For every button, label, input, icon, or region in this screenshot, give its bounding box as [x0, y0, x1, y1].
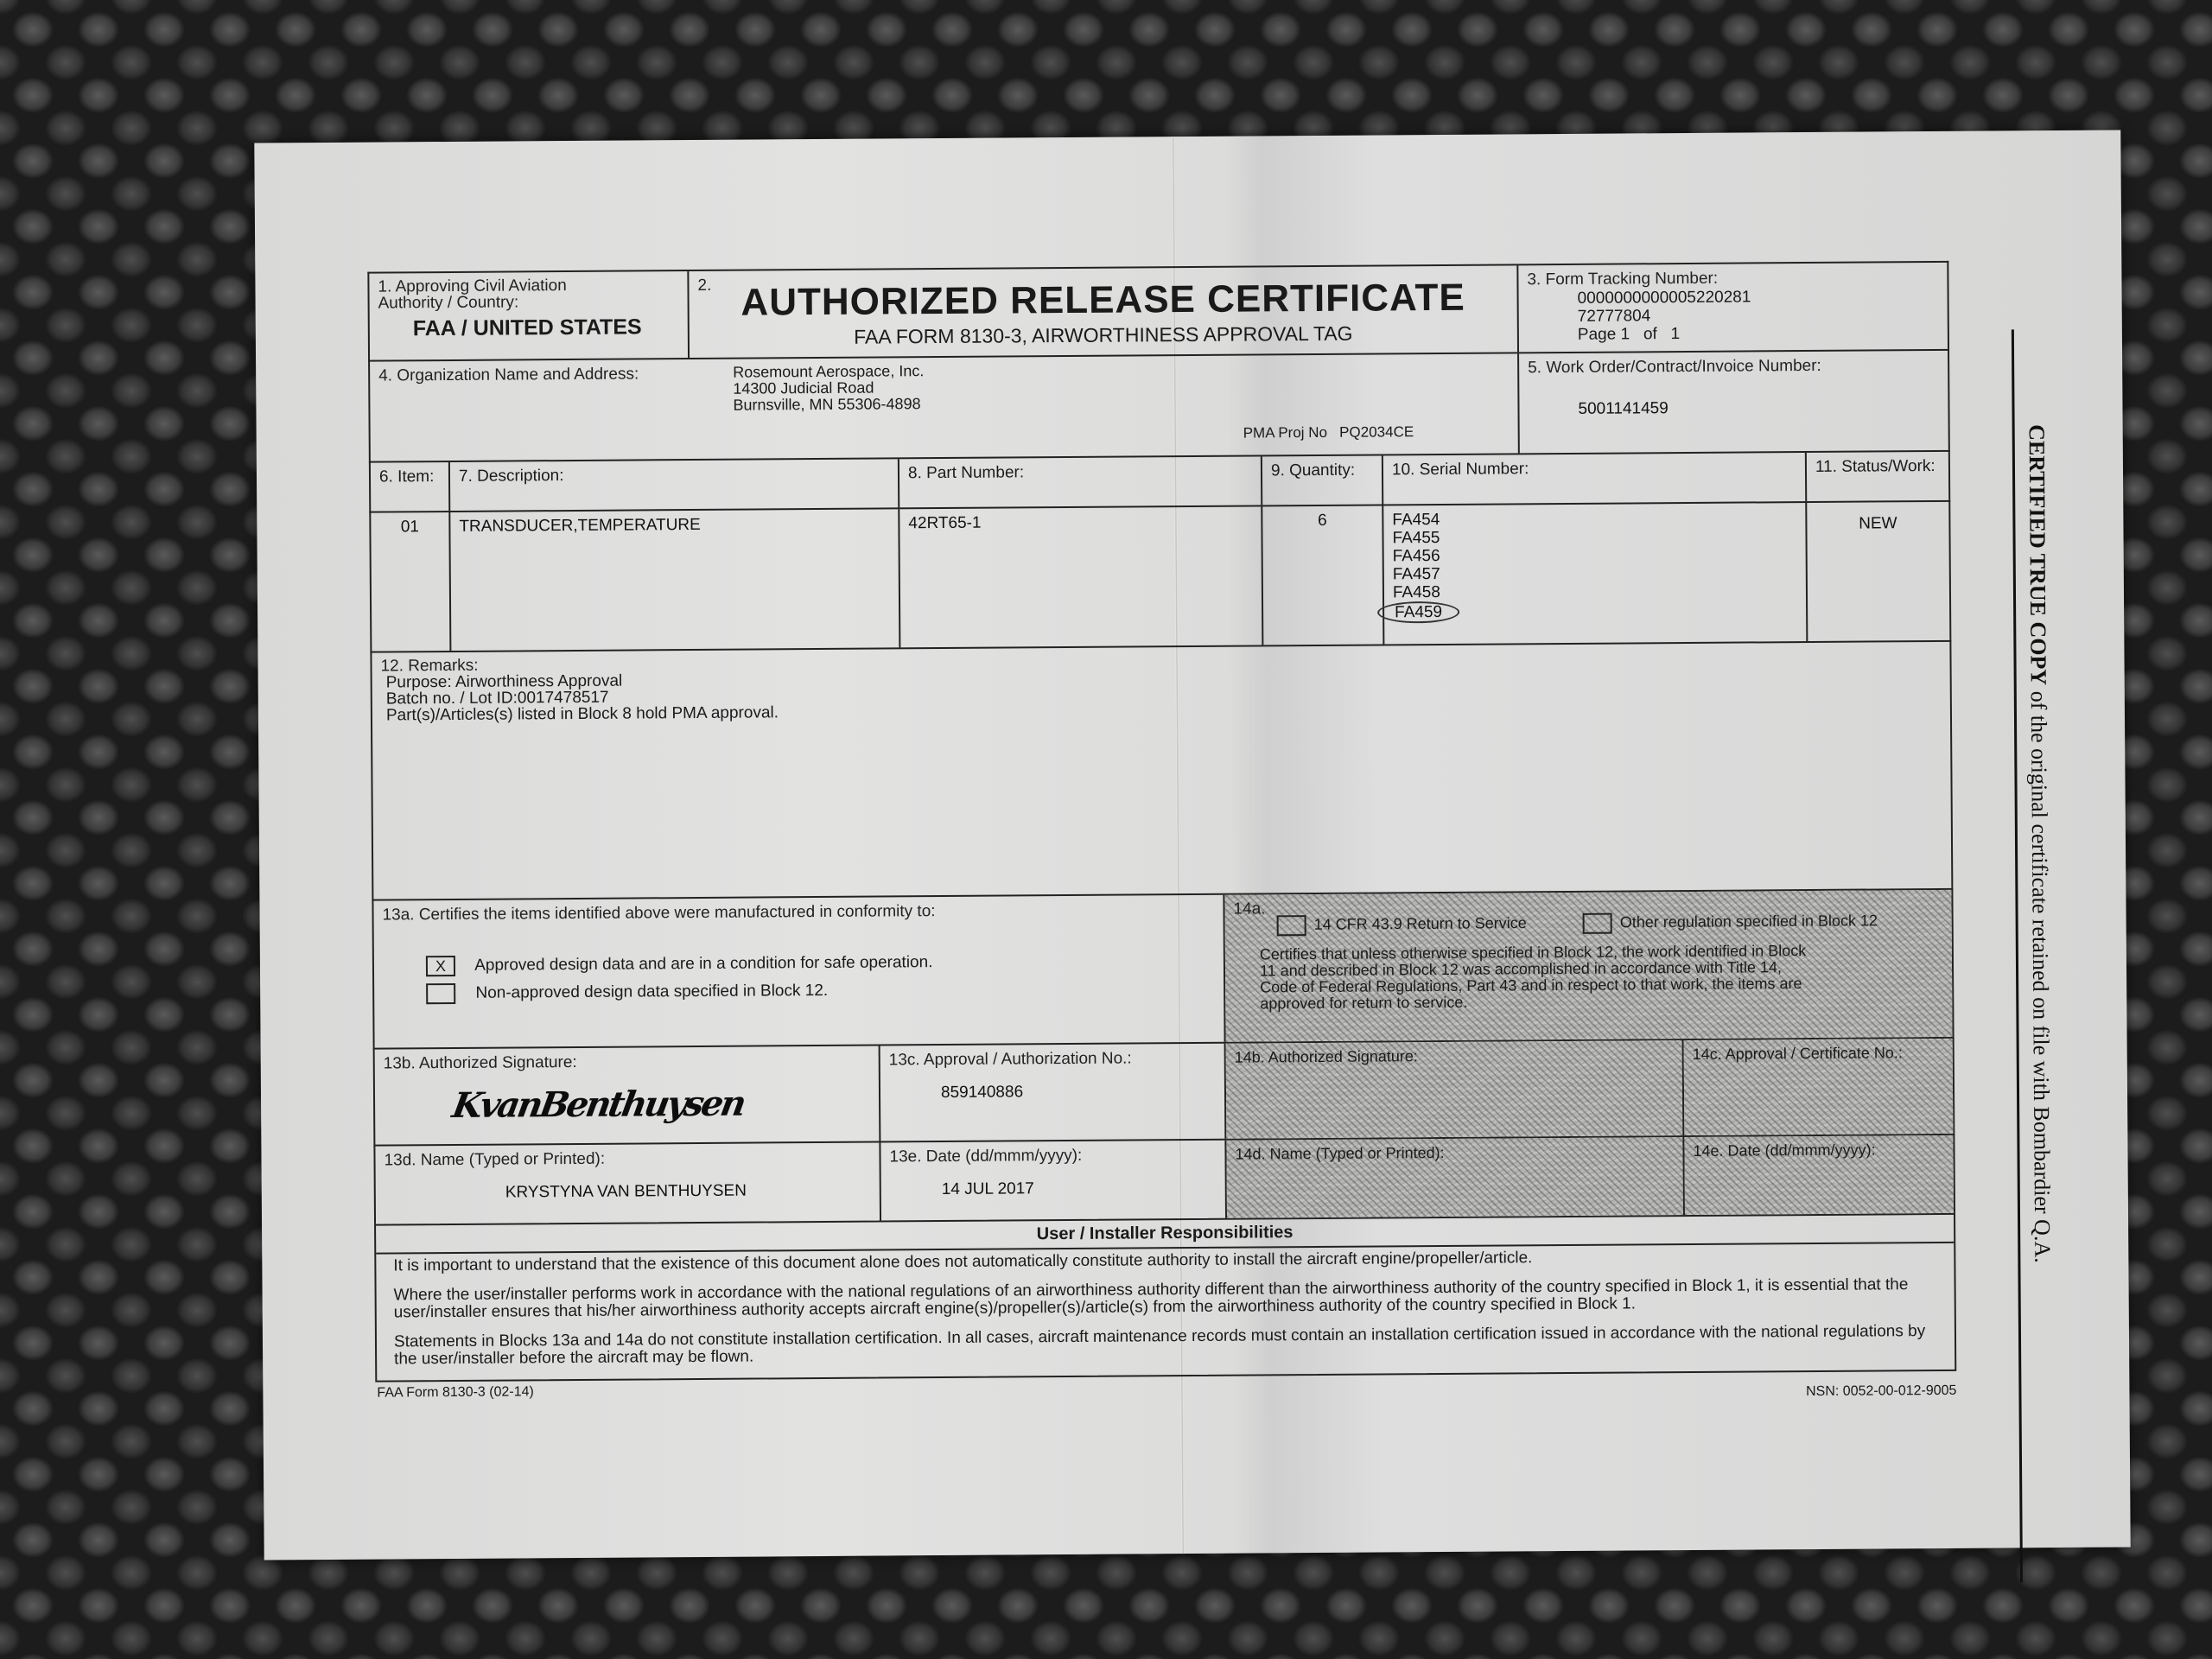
block-3: 3. Form Tracking Number: 000000000000522… [1518, 263, 1948, 352]
authorized-signature: KvanBenthuysen [449, 1084, 747, 1126]
nsn-number: NSN: 0052-00-012-9005 [1806, 1383, 1956, 1400]
block-2: 2. AUTHORIZED RELEASE CERTIFICATE FAA FO… [689, 265, 1519, 358]
block-1-label: 1. Approving Civil Aviation Authority / … [378, 277, 585, 312]
organization-city: Burnsville, MN 55306-4898 [733, 396, 924, 414]
block-14a: 14a. 14 CFR 43.9 Return to Service Other… [1224, 890, 1952, 1042]
header-serial-number: 10. Serial Number: [1383, 453, 1807, 504]
responsibility-paragraph: Where the user/installer performs work i… [394, 1276, 1937, 1321]
block-14c: 14c. Approval / Certificate No.: [1684, 1039, 1954, 1135]
block-13a: 13a. Certifies the items identified abov… [373, 895, 1225, 1048]
return-to-service-checkbox[interactable] [1277, 915, 1306, 936]
signer-name: KRYSTYNA VAN BENTHUYSEN [505, 1181, 871, 1203]
user-installer-responsibilities: User / Installer Responsibilities It is … [374, 1213, 1956, 1382]
block-4: 4. Organization Name and Address: Rosemo… [370, 353, 1520, 461]
secondary-tracking-number: 72777804 [1578, 305, 1939, 326]
organization-name: Rosemount Aerospace, Inc. [733, 363, 924, 381]
item-description: TRANSDUCER,TEMPERATURE [450, 509, 900, 651]
approved-design-checkbox[interactable]: X [426, 956, 455, 976]
block-5-label: 5. Work Order/Contract/Invoice Number: [1528, 356, 1939, 378]
block-13a-label: 13a. Certifies the items identified abov… [382, 900, 1214, 925]
table-row: 01 TRANSDUCER,TEMPERATURE 42RT65-1 6 FA4… [369, 500, 1951, 652]
block-13c: 13c. Approval / Authorization No.: 85914… [880, 1044, 1227, 1141]
signature-date: 14 JUL 2017 [942, 1179, 1217, 1199]
item-number: 01 [371, 512, 451, 652]
header-description: 7. Description: [450, 459, 899, 511]
block-14e: 14e. Date (dd/mmm/yyyy): [1684, 1135, 1954, 1215]
block-13c-label: 13c. Approval / Authorization No.: [889, 1049, 1216, 1071]
block-14d: 14d. Name (Typed or Printed): [1226, 1137, 1685, 1218]
form-version: FAA Form 8130-3 (02-14) [377, 1384, 534, 1401]
other-regulation-checkbox[interactable] [1583, 913, 1612, 934]
pma-project-number: PMA Proj No PQ2034CE [1243, 423, 1414, 442]
non-approved-design-checkbox[interactable] [426, 983, 455, 1004]
certificate-paper: 1. Approving Civil Aviation Authority / … [254, 130, 2130, 1560]
certificate-subtitle: FAA FORM 8130-3, AIRWORTHINESS APPROVAL … [698, 321, 1509, 350]
block-13b-label: 13b. Authorized Signature: [384, 1052, 870, 1074]
form-tracking-number: 0000000000005220281 [1578, 287, 1939, 308]
stamp-text: of the original certificate retained on … [2026, 685, 2056, 1263]
block-14a-statement: Certifies that unless otherwise specifie… [1260, 943, 1814, 1012]
certified-true-copy-stamp: CERTIFIED TRUE COPY of the original cert… [2024, 424, 2056, 1375]
block-13e-label: 13e. Date (dd/mmm/yyyy): [889, 1146, 1216, 1167]
page-count: Page 1 of 1 [1578, 323, 1939, 344]
work-order-number: 5001141459 [1578, 397, 1939, 419]
header-part-number: 8. Part Number: [899, 456, 1262, 507]
item-status: NEW [1807, 502, 1949, 641]
block-4-label: 4. Organization Name and Address: [378, 365, 639, 385]
block-12: 12. Remarks: Purpose: Airworthiness Appr… [370, 640, 1953, 899]
responsibility-paragraph: Statements in Blocks 13a and 14a do not … [394, 1323, 1937, 1368]
item-quantity: 6 [1262, 505, 1384, 645]
authority-country: FAA / UNITED STATES [413, 315, 679, 341]
circled-serial-number: FA459 [1377, 601, 1459, 624]
faa-form-8130-3: 1. Approving Civil Aviation Authority / … [367, 261, 1956, 1408]
item-part-number: 42RT65-1 [899, 506, 1263, 647]
certificate-title: AUTHORIZED RELEASE CERTIFICATE [697, 276, 1508, 325]
block-1: 1. Approving Civil Aviation Authority / … [369, 271, 690, 360]
block-13b: 13b. Authorized Signature: KvanBenthuyse… [375, 1046, 881, 1145]
block-14b: 14b. Authorized Signature: [1226, 1040, 1685, 1139]
other-regulation-label: Other regulation specified in Block 12 [1620, 912, 1878, 931]
stamp-rule-line [2012, 329, 2023, 1582]
header-quantity: 9. Quantity: [1262, 455, 1383, 505]
item-serial-numbers: FA454 FA455 FA456 FA457 FA458 FA459 [1383, 503, 1808, 644]
block-13d-label: 13d. Name (Typed or Printed): [384, 1148, 870, 1171]
approval-number: 859140886 [941, 1082, 1216, 1103]
return-to-service-label: 14 CFR 43.9 Return to Service [1314, 914, 1527, 933]
block-5: 5. Work Order/Contract/Invoice Number: 5… [1519, 351, 1948, 453]
block-2-number: 2. [697, 276, 711, 296]
stamp-bold-text: CERTIFIED TRUE COPY [2024, 424, 2051, 685]
block-13d: 13d. Name (Typed or Printed): KRYSTYNA V… [375, 1143, 881, 1224]
non-approved-design-label: Non-approved design data specified in Bl… [475, 982, 828, 1002]
block-13e: 13e. Date (dd/mmm/yyyy): 14 JUL 2017 [880, 1141, 1227, 1221]
approved-design-label: Approved design data and are in a condit… [474, 953, 932, 975]
header-status-work: 11. Status/Work: [1807, 452, 1948, 501]
header-item: 6. Item: [371, 462, 450, 512]
